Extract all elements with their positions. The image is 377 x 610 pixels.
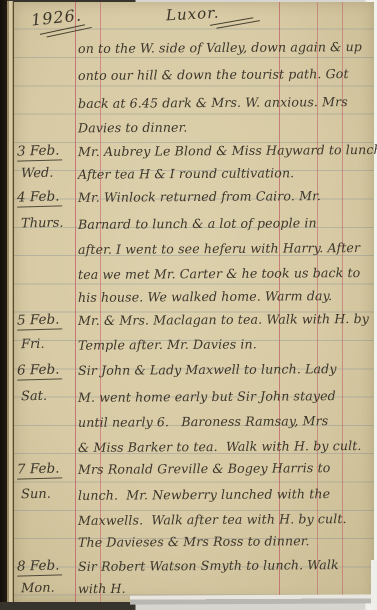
entry-text: Mrs Ronald Greville & Bogey Harris to <box>78 460 331 477</box>
entry-text: Mr. Aubrey Le Blond & Miss Hayward to lu… <box>78 142 377 159</box>
diary-entry-line: 5 Feb.Mr. & Mrs. Maclagan to tea. Walk w… <box>14 312 374 332</box>
diary-entry-line: Maxwells. Walk after tea with H. by cult… <box>14 512 374 532</box>
entry-text: & Miss Barker to tea. Walk with H. by cu… <box>78 438 362 455</box>
diary-entry-line: 3 Feb.Mr. Aubrey Le Blond & Miss Hayward… <box>14 143 374 163</box>
diary-entry-line: Fri.Temple after. Mr. Davies in. <box>14 337 374 357</box>
diary-entry-line: after. I went to see heferu with Harry. … <box>14 241 374 261</box>
entry-day: Fri. <box>21 337 45 352</box>
entry-date: 6 Feb. <box>17 361 63 380</box>
entry-date: 3 Feb. <box>17 142 63 161</box>
entry-date: 4 Feb. <box>17 188 63 207</box>
diary-entry-line: his house. We walked home. Warm day. <box>14 289 374 309</box>
entry-text: back at 6.45 dark & Mrs. W. anxious. Mrs <box>78 94 348 111</box>
entry-day: Thurs. <box>21 216 64 232</box>
diary-entry-line: Wed.After tea H & I round cultivation. <box>14 166 374 186</box>
entry-day: Sun. <box>21 487 51 503</box>
entry-day: Wed. <box>21 166 54 182</box>
entry-text: Sir Robert Watson Smyth to lunch. Walk <box>78 557 339 574</box>
diary-entry-line: 6 Feb.Sir John & Lady Maxwell to lunch. … <box>14 362 374 382</box>
entry-text: M. went home early but Sir John stayed <box>78 388 336 405</box>
diary-entry-line: Davies to dinner. <box>14 120 374 140</box>
entry-text: The Davieses & Mrs Ross to dinner. <box>78 533 310 550</box>
entry-text: Maxwells. Walk after tea with H. by cult… <box>78 511 347 528</box>
entry-text: on to the W. side of Valley, down again … <box>78 39 362 56</box>
entry-text: after. I went to see heferu with Harry. … <box>78 240 360 257</box>
entry-text: Temple after. Mr. Davies in. <box>78 336 257 352</box>
entry-date: 7 Feb. <box>17 460 63 479</box>
entry-text: lunch. Mr. Newberry lunched with the <box>78 486 330 503</box>
backdrop-corner <box>371 560 377 610</box>
stacked-page-edges <box>7 1 14 602</box>
page-title: Luxor. <box>166 4 220 25</box>
diary-page: 1926. Luxor. on to the W. side of Valley… <box>14 2 374 602</box>
diary-entry-line: The Davieses & Mrs Ross to dinner. <box>14 534 374 554</box>
entry-day: Mon. <box>21 581 55 597</box>
diary-entry-line: back at 6.45 dark & Mrs. W. anxious. Mrs <box>14 95 374 115</box>
book-spine <box>0 0 7 602</box>
entry-text: After tea H & I round cultivation. <box>78 165 294 182</box>
diary-entry-line: 7 Feb.Mrs Ronald Greville & Bogey Harris… <box>14 461 374 481</box>
entry-text: Mr. & Mrs. Maclagan to tea. Walk with H.… <box>78 311 369 328</box>
entry-text: onto our hill & down the tourist path. G… <box>78 66 349 83</box>
diary-entry-line: 8 Feb.Sir Robert Watson Smyth to lunch. … <box>14 558 374 578</box>
diary-entry-line: Thurs.Barnard to lunch & a lot of people… <box>14 216 374 236</box>
diary-entry-line: onto our hill & down the tourist path. G… <box>14 67 374 87</box>
entry-text: until nearly 6. Baroness Ramsay, Mrs <box>78 413 328 430</box>
diary-entry-line: on to the W. side of Valley, down again … <box>14 40 374 60</box>
entry-day: Sat. <box>21 389 47 404</box>
diary-entry-line: until nearly 6. Baroness Ramsay, Mrs <box>14 414 374 434</box>
diary-entry-line: tea we met Mr. Carter & he took us back … <box>14 266 374 286</box>
pages-underneath-edge <box>130 594 377 604</box>
entry-text: Davies to dinner. <box>78 120 188 136</box>
diary-photo: 1926. Luxor. on to the W. side of Valley… <box>0 0 377 610</box>
diary-entry-line: & Miss Barker to tea. Walk with H. by cu… <box>14 439 374 459</box>
entry-text: Mr. Winlock returned from Cairo. Mr. <box>78 188 321 205</box>
entry-text: Barnard to lunch & a lot of people in <box>78 215 317 232</box>
entry-date: 5 Feb. <box>17 311 63 330</box>
entry-text: Sir John & Lady Maxwell to lunch. Lady <box>78 361 337 378</box>
entry-text: his house. We walked home. Warm day. <box>78 288 332 305</box>
entry-text: tea we met Mr. Carter & he took us back … <box>78 265 360 282</box>
diary-entry-line: Sun.lunch. Mr. Newberry lunched with the <box>14 487 374 507</box>
diary-entry-line: Sat.M. went home early but Sir John stay… <box>14 389 374 409</box>
entry-date: 8 Feb. <box>17 557 63 576</box>
diary-entry-line: 4 Feb.Mr. Winlock returned from Cairo. M… <box>14 189 374 209</box>
entry-text: with H. <box>78 581 126 596</box>
